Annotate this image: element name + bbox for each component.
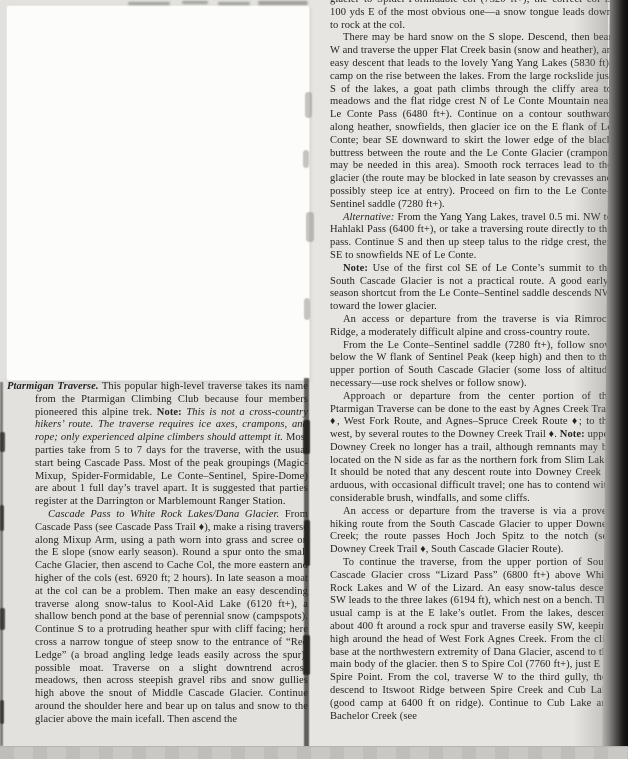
text-segment: Note: <box>343 263 368 274</box>
text-segment: Note: <box>157 407 182 418</box>
paragraph: glacier to Spider-Formidable col (7320 f… <box>330 0 612 32</box>
text-segment: upper Downey Creek no longer has a trail… <box>330 429 612 504</box>
text-segment: Most parties take from 5 to 7 days for t… <box>35 432 308 507</box>
edge-mark <box>0 432 5 452</box>
paragraph: Alternative: From the Yang Yang Lakes, t… <box>330 212 612 263</box>
figure-placeholder <box>6 5 310 381</box>
paragraph: From the Le Conte–Sentinel saddle (7280 … <box>330 340 612 391</box>
text-segment: From the Le Conte–Sentinel saddle (7280 … <box>330 340 612 389</box>
edge-mark <box>0 608 5 630</box>
gutter-mark <box>304 298 310 320</box>
paragraph: Ptarmigan Traverse. This popular high-le… <box>35 381 308 509</box>
edge-mark <box>0 505 4 531</box>
right-column: glacier to Spider-Formidable col (7320 f… <box>330 0 612 746</box>
text-segment: From Cascade Pass (see Cascade Pass Trai… <box>35 509 308 725</box>
left-column: Ptarmigan Traverse. This popular high-le… <box>7 381 308 746</box>
cut-text-smudge <box>218 2 250 5</box>
text-segment: To continue the traverse, from the upper… <box>330 557 612 722</box>
paragraph: An access or departure from the traverse… <box>330 506 612 557</box>
page-edge-shade <box>574 0 608 759</box>
text-segment: An access or departure from the traverse… <box>330 506 612 555</box>
gutter-mark <box>303 150 309 168</box>
text-segment: There may be hard snow on the S slope. D… <box>330 32 612 209</box>
text-segment: glacier to Spider-Formidable col (7320 f… <box>330 0 612 31</box>
gutter-mark <box>305 92 312 118</box>
paragraph: Cascade Pass to White Rock Lakes/Dana Gl… <box>35 509 308 727</box>
paragraph: Note: Use of the first col SE of Le Cont… <box>330 263 612 314</box>
cut-text-smudge <box>128 2 170 5</box>
cut-text-smudge <box>182 1 208 4</box>
paragraph: Approach or departure from the center po… <box>330 391 612 506</box>
text-segment: Alternative: <box>343 212 394 223</box>
text-segment: Use of the first col SE of Le Conte’s su… <box>330 263 612 312</box>
paragraph: There may be hard snow on the S slope. D… <box>330 32 612 211</box>
paragraph: An access or departure from the traverse… <box>330 314 612 340</box>
edge-mark <box>0 700 4 724</box>
cut-text-smudge <box>258 1 308 5</box>
paragraph: To continue the traverse, from the upper… <box>330 557 612 723</box>
text-segment: Ptarmigan Traverse. <box>7 381 99 392</box>
scanner-bed-strip <box>0 746 628 759</box>
gutter-mark <box>306 212 314 242</box>
scanned-book-page: { "colors": { "paper_left": "#e2e1de", "… <box>0 0 628 759</box>
text-segment: An access or departure from the traverse… <box>330 314 612 338</box>
text-segment: Cascade Pass to White Rock Lakes/Dana Gl… <box>48 509 279 520</box>
